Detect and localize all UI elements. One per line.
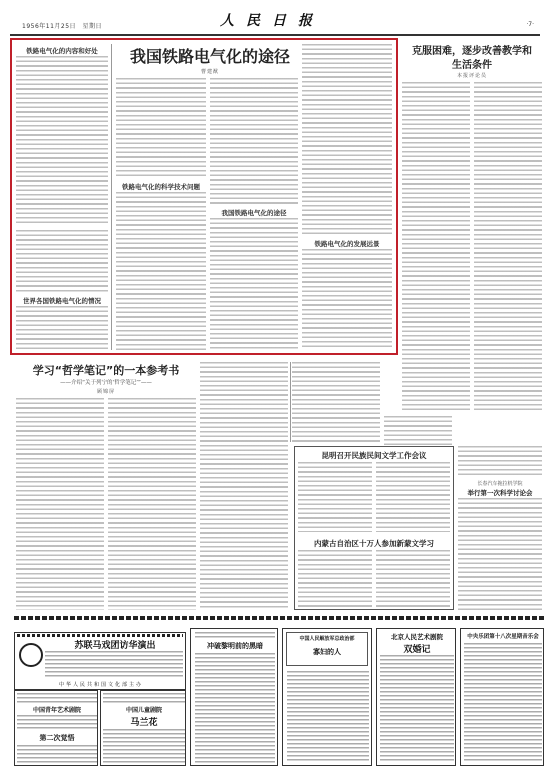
feature-headline: 我国铁路电气化的途径 [120,44,300,67]
section-heading-future: 铁路电气化的发展远景 [302,239,392,248]
masthead: 1956年11月25日 星期日 人民日报 ·7· [10,10,540,36]
feature-col-1 [116,78,206,178]
ad-title: 中国青年艺术剧院 [15,705,98,714]
news-kunming-col-2 [376,462,450,532]
column-rule [111,44,112,350]
ad-film: 冲破黎明前的黑暗 [190,628,278,766]
ad-text [17,693,97,703]
ad-play: 第二次觉悟 [15,733,98,743]
ad-text [195,653,275,763]
sidebar-text [16,56,108,226]
ad-opera: 中国人民解放军总政治部 寡妇的人 [282,628,372,766]
news-mongolia-col-1 [298,550,372,608]
book-review-byline: 顾锦屏 [16,388,196,395]
ad-play: 马兰花 [101,715,186,728]
editorial-headline-line1: 克服困难，逐步改善教学和 [402,42,542,57]
feature-col-3 [302,44,392,234]
ad-play: 双婚记 [377,642,456,655]
news-kunming-col-1 [298,462,372,532]
circus-emblem-icon [19,643,43,667]
editorial-col-1 [402,82,470,412]
column-rule [290,362,291,442]
ads-separator [14,616,544,620]
ad-title: 苏联马戏团访华演出 [45,638,185,651]
news-headline-kunming: 昆明召开民族民间文学工作会议 [296,450,452,461]
sidebar-text-2 [16,230,108,292]
ad-title: 北京人民艺术剧院 [377,632,456,641]
book-review-headline: 学习“哲学笔记”的一本参考书 [16,362,196,378]
ad-text [17,745,97,765]
ad-beijing-art: 北京人民艺术剧院 双婚记 [376,628,456,766]
feature-byline: 曹建猷 [120,68,300,75]
book-review-col-1 [16,398,104,610]
news-symposium-text [458,498,542,610]
ad-text [195,632,275,640]
newspaper-title: 人民日报 [220,10,324,30]
feature-col-2 [210,78,298,204]
editorial-col-2 [474,82,542,412]
section-heading-tech: 铁路电气化的科学技术问题 [116,182,206,191]
editorial-byline: 本报评论员 [402,72,542,79]
ad-play: 寡妇的人 [287,647,367,657]
sidebar-text-3 [16,306,108,350]
feature-col-3b [302,249,392,350]
book-review-subhead: ——介绍“关于列宁的‘哲学笔记’”—— [16,378,196,386]
ad-text [287,671,369,763]
news-headline-inner-mongolia: 内蒙古自治区十万人参加新蒙文学习 [296,538,452,549]
news-dateline: 长春汽车拖拉机学院 [458,480,542,487]
news-mongolia-col-2 [376,550,450,608]
ad-youth-theatre: 中国青年艺术剧院 第二次觉悟 [14,690,98,766]
ad-concert: 中央乐团第十八次星期音乐会 [460,628,544,766]
ad-title: 中国人民解放军总政治部 [287,635,367,642]
ad-title: 中国儿童剧院 [101,705,186,714]
feature-col-2b [210,218,298,350]
book-review-col-4 [292,362,380,442]
issue-date: 1956年11月25日 星期日 [22,21,102,30]
ad-text [103,729,185,765]
editorial-tail [384,416,452,446]
ad-children-theatre: 中国儿童剧院 马兰花 [100,690,186,766]
book-review-col-2 [108,398,196,610]
news-right-text [458,446,542,478]
ad-text [464,643,542,763]
ad-text [45,651,183,679]
ad-title: 冲破黎明前的黑暗 [191,641,278,651]
page-number: ·7· [526,21,534,28]
news-headline-symposium: 举行第一次科学讨论会 [458,488,542,497]
sidebar-title: 铁路电气化的内容和好处 [16,46,108,55]
editorial-headline-line2: 生活条件 [402,56,542,71]
ad-text [380,655,454,763]
ad-title: 中央乐团第十八次星期音乐会 [461,632,544,640]
ad-sponsor: 中华人民共和国文化部主办 [19,681,183,688]
section-heading-world: 世界各国铁路电气化的情况 [16,296,108,305]
ad-text [103,693,185,703]
book-review-col-3 [200,362,288,610]
ad-soviet-circus: 苏联马戏团访华演出 中华人民共和国文化部主办 [14,632,186,690]
ad-text [17,715,97,731]
ad-border-dots [17,634,183,637]
feature-col-1b [116,192,206,350]
section-heading-path: 我国铁路电气化的途径 [210,208,298,217]
